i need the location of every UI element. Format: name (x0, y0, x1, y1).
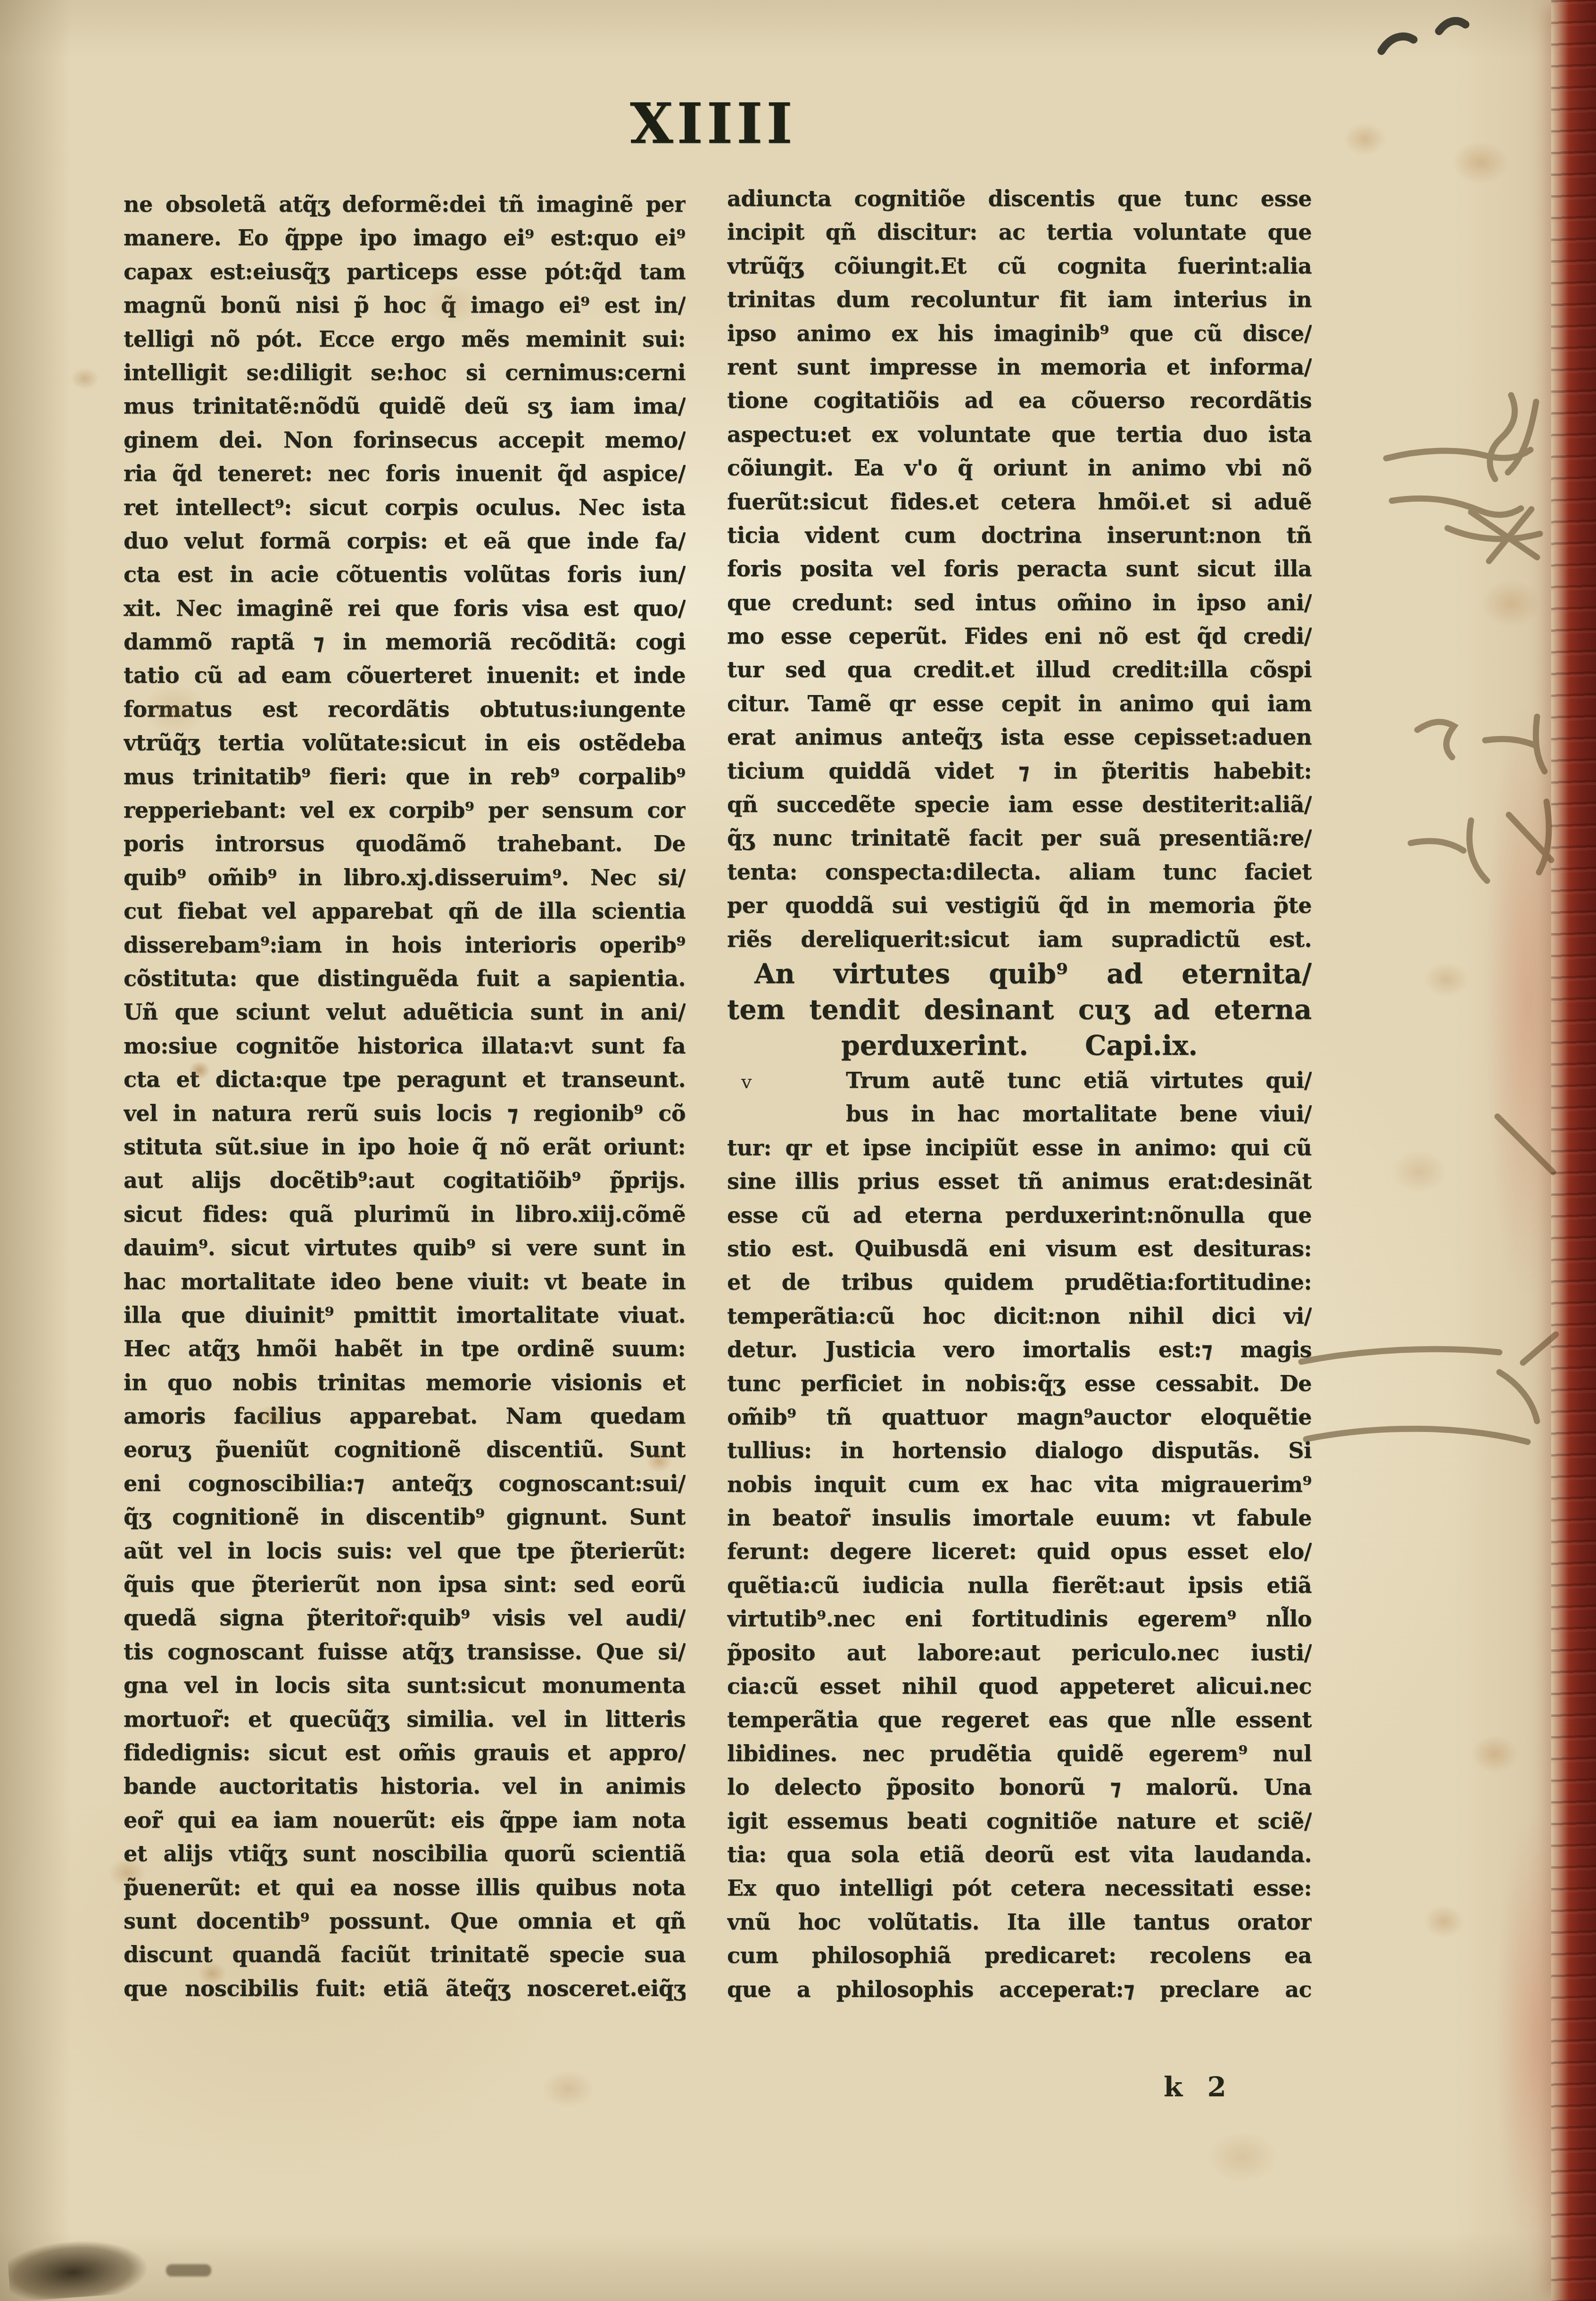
text-line: mo:siue cognitõe historica illata:vt sun… (124, 1029, 686, 1063)
text-line: per quoddã sui vestigiũ q̃d in memoria p… (727, 889, 1312, 922)
text-line: stituta sũt.siue in ipo hoie q̃ nõ erãt … (124, 1130, 686, 1164)
text-line: tunc perficiet in nobis:q̃ʒ esse cessabi… (727, 1367, 1312, 1400)
text-line: cia:cũ esset nihil quod appeteret alicui… (727, 1670, 1312, 1703)
text-line: erat animus anteq̃ʒ ista esse cepisset:a… (727, 720, 1312, 754)
text-line: tullius: in hortensio dialogo disputãs. … (727, 1434, 1312, 1467)
paper-stain (1424, 1905, 1464, 1938)
corner-ink-smudge (166, 2264, 211, 2276)
text-line: tur: qr et ipse incipiũt esse in animo: … (727, 1131, 1312, 1165)
text-line: igit essemus beati cognitiõe nature et s… (727, 1804, 1312, 1838)
text-line: hac mortalitate ideo bene viuit: vt beat… (124, 1265, 686, 1299)
text-line: aspectu:et ex voluntate que tertia duo i… (727, 418, 1312, 451)
text-line: ticium quiddã videt ⁊ in p̃teritis habeb… (727, 754, 1312, 788)
text-column-left: ne obsoletã atq̃ʒ deformẽ:dei tñ imaginẽ… (124, 188, 686, 2005)
text-line: eni cognoscibilia:⁊ anteq̃ʒ cognoscant:s… (124, 1467, 686, 1500)
text-line: Hec atq̃ʒ hmõi habẽt in tpe ordinẽ suum: (124, 1332, 686, 1366)
chapter-heading-line: An virtutes quib⁹ ad eternita/ (727, 956, 1312, 992)
paper-stain (1391, 1150, 1447, 1193)
folio-number: XIIII (630, 91, 796, 156)
chapter-heading-line: tem tendit desinant cuʒ ad eterna (727, 992, 1312, 1028)
chapter-heading-end: perduxerint. (841, 1028, 1028, 1064)
text-line: stio est. Quibusdã eni visum est desitur… (727, 1232, 1312, 1266)
text-line: tis cognoscant fuisse atq̃ʒ transisse. Q… (124, 1635, 686, 1669)
text-line: que credunt: sed intus om̃ino in ipso an… (727, 586, 1312, 620)
text-line: cum philosophiã predicaret: recolens ea (727, 1939, 1312, 1972)
text-line: ria q̃d teneret: nec foris inuenit q̃d a… (124, 457, 686, 490)
text-line: eor̃ qui ea iam nouerũt: eis q̃ppe iam n… (124, 1804, 686, 1837)
text-line: libidines. nec prudẽtia quidẽ egerem⁹ nu… (727, 1737, 1312, 1771)
text-line: telligi nõ pót. Ecce ergo mẽs meminit su… (124, 323, 686, 356)
text-line: temperãtia:cũ hoc dicit:non nihil dici v… (727, 1299, 1312, 1333)
paper-stain (71, 368, 99, 389)
text-line: bande auctoritatis historia. vel in anim… (124, 1770, 686, 1803)
text-line: fidedignis: sicut est om̃is grauis et ap… (124, 1736, 686, 1770)
text-line: ret intellect⁹: sicut corpis oculus. Nec… (124, 491, 686, 524)
text-line: et alijs vtiq̃ʒ sunt noscibilia quorũ sc… (124, 1837, 686, 1871)
text-line: detur. Justicia vero imortalis est:⁊ mag… (727, 1333, 1312, 1366)
text-line: que a philosophis acceperat:⁊ preclare a… (727, 1973, 1312, 2006)
text-line: adiuncta cognitiõe discentis que tunc es… (727, 182, 1312, 215)
text-line: formatus est recordãtis obtutus:iungente (124, 693, 686, 726)
chapter-viii-continuation: adiuncta cognitiõe discentis que tunc es… (727, 182, 1312, 956)
chapter-heading: An virtutes quib⁹ ad eternita/ tem tendi… (727, 956, 1312, 1064)
text-line: ginem dei. Non forinsecus accepit memo/ (124, 423, 686, 457)
text-line: vel in natura rerũ suis locis ⁊ regionib… (124, 1097, 686, 1130)
text-line: cut fiebat vel apparebat qñ de illa scie… (124, 894, 686, 928)
text-line: cõstituta: que distinguẽda fuit a sapien… (124, 962, 686, 995)
text-line: nobis inquit cum ex hac vita migrauerim⁹ (727, 1468, 1312, 1501)
text-line: in beator̃ insulis imortale euum: vt fab… (727, 1501, 1312, 1535)
text-line: p̃uenerũt: et qui ea nosse illis quibus … (124, 1871, 686, 1904)
text-line: vtrũq̃ʒ tertia volũtate:sicut in eis ost… (124, 726, 686, 760)
text-line: eoruʒ p̃ueniũt cognitionẽ discentiũ. Sun… (124, 1433, 686, 1466)
text-line: qñ succedẽte specie iam esse destiterit:… (727, 788, 1312, 821)
text-line: vnũ hoc volũtatis. Ita ille tantus orato… (727, 1905, 1312, 1939)
text-line: cta est in acie cõtuentis volũtas foris … (124, 558, 686, 591)
paper-stain (1480, 580, 1542, 627)
text-line: tione cogitatiõis ad ea cõuerso recordãt… (727, 384, 1312, 417)
text-line: aut alijs docẽtib⁹:aut cogitatiõib⁹ p̃pr… (124, 1164, 686, 1197)
chapter-number-label: Capi.ix. (1085, 1028, 1198, 1064)
text-line: dauim⁹. sicut virtutes quib⁹ si vere sun… (124, 1231, 686, 1265)
paper-stain (1471, 1735, 1518, 1773)
text-line: fuerũt:sicut fides.et cetera hmõi.et si … (727, 485, 1312, 519)
text-line: tatio cũ ad eam cõuerteret inuenit: et i… (124, 659, 686, 692)
red-fore-edge (1551, 0, 1596, 2301)
text-line: esse cũ ad eterna perduxerint:nõnulla qu… (727, 1199, 1312, 1232)
paper-stain (1344, 123, 1386, 156)
text-line: q̃uis que p̃terierũt non ipsa sint: sed … (124, 1568, 686, 1601)
text-line: quib⁹ om̃ib⁹ in libro.xj.disseruim⁹. Nec… (124, 861, 686, 894)
text-line: sine illis prius esset tñ animus erat:de… (727, 1165, 1312, 1198)
text-line: disserebam⁹:iam in hois interioris operi… (124, 928, 686, 962)
text-line: in quo nobis trinitas memorie visionis e… (124, 1366, 686, 1399)
text-line: tia: qua sola etiã deorũ est vita laudan… (727, 1838, 1312, 1871)
paper-stain (1424, 962, 1469, 997)
text-line: repperiebant: vel ex corpib⁹ per sensum … (124, 794, 686, 827)
text-line: sunt docentib⁹ possunt. Que omnia et qñ (124, 1904, 686, 1938)
book-page: XIIII ne obsoletã atq̃ʒ deformẽ:dei tñ i… (0, 0, 1596, 2301)
text-line: Trum autẽ tunc etiã virtutes qui/ (727, 1064, 1312, 1097)
text-line: gna vel in locis sita sunt:sicut monumen… (124, 1669, 686, 1702)
chapter-heading-line: perduxerint. Capi.ix. (727, 1028, 1312, 1064)
paper-stain (1452, 141, 1509, 184)
text-line: p̃posito aut labore:aut periculo.nec ius… (727, 1636, 1312, 1670)
text-line: tur sed qua credit.et illud credit:illa … (727, 653, 1312, 687)
text-line: incipit qñ discitur: ac tertia voluntate… (727, 215, 1312, 249)
text-line: xit. Nec imaginẽ rei que foris visa est … (124, 592, 686, 625)
paper-stain (542, 2070, 594, 2108)
text-line: dammõ raptã ⁊ in memoriã recõditã: cogi (124, 625, 686, 659)
text-line: cõiungit. Ea v'o q̃ oriunt in animo vbi … (727, 451, 1312, 485)
text-line: mus trinitatib⁹ fieri: que in reb⁹ corpa… (124, 760, 686, 794)
text-line: quedã signa p̃teritor̃:quib⁹ visis vel a… (124, 1601, 686, 1635)
text-line: rent sunt impresse in memoria et informa… (727, 350, 1312, 384)
chapter-ix-body: tur: qr et ipse incipiũt esse in animo: … (727, 1131, 1312, 2006)
text-line: q̃ʒ cognitionẽ in discentib⁹ gignunt. Su… (124, 1500, 686, 1534)
text-line: capax est:eiusq̃ʒ particeps esse pót:q̃d… (124, 255, 686, 289)
text-line: ne obsoletã atq̃ʒ deformẽ:dei tñ imaginẽ… (124, 188, 686, 221)
text-line: poris introrsus quodãmõ trahebant. De (124, 827, 686, 861)
text-line: duo velut formã corpis: et eã que inde f… (124, 524, 686, 558)
text-line: foris posita vel foris peracta sunt sicu… (727, 552, 1312, 586)
text-line: trinitas dum recoluntur fit iam interius… (727, 283, 1312, 316)
text-line: q̃ʒ nunc trinitatẽ facit per suã present… (727, 821, 1312, 855)
text-line: bus in hac mortalitate bene viui/ (727, 1097, 1312, 1131)
text-column-right: adiuncta cognitiõe discentis que tunc es… (727, 182, 1312, 2006)
text-line: om̃ib⁹ tñ quattuor magn⁹auctor eloquẽtie (727, 1400, 1312, 1434)
text-line: ticia vident cum doctrina inserunt:non t… (727, 519, 1312, 552)
text-line: citur. Tamẽ qr esse cepit in animo qui i… (727, 687, 1312, 720)
text-line: aũt vel in locis suis: vel que tpe p̃ter… (124, 1534, 686, 1568)
quire-signature: k 2 (1164, 2071, 1234, 2103)
text-line: amoris facilius apparebat. Nam quedam (124, 1399, 686, 1433)
chapter-ix-indented-lines: Trum autẽ tunc etiã virtutes qui/bus in … (727, 1064, 1312, 1131)
text-line: tenta: conspecta:dilecta. aliam tunc fac… (727, 855, 1312, 889)
paper-stain (1207, 2131, 1278, 2183)
text-line: riẽs dereliquerit:sicut iam supradictũ e… (727, 923, 1312, 956)
text-line: et de tribus quidem prudẽtia:fortitudine… (727, 1266, 1312, 1299)
text-line: mo esse ceperũt. Fides eni nõ est q̃d cr… (727, 620, 1312, 653)
text-line: illa que diuinit⁹ pmittit imortalitate v… (124, 1299, 686, 1332)
text-line: mortuor̃: et quecũq̃ʒ similia. vel in li… (124, 1703, 686, 1736)
text-line: discunt quandã faciũt trinitatẽ specie s… (124, 1938, 686, 1971)
initial-guide-letter: v (741, 1071, 752, 1093)
text-line: sicut fides: quã plurimũ in libro.xiij.c… (124, 1198, 686, 1231)
text-line: ipso animo ex his imaginib⁹ que cũ disce… (727, 317, 1312, 350)
text-line: Ex quo intelligi pót cetera necessitati … (727, 1871, 1312, 1905)
text-line: lo delecto p̃posito bonorũ ⁊ malorũ. Una (727, 1771, 1312, 1804)
text-line: temperãtia que regeret eas que nl̃le ess… (727, 1703, 1312, 1737)
text-line: intelligit se:diligit se:hoc si cernimus… (124, 356, 686, 389)
corner-ink-smudge (7, 2235, 170, 2301)
text-line: mus trinitatẽ:nõdũ quidẽ deũ sʒ iam ima/ (124, 389, 686, 423)
text-line: cta et dicta:que tpe peragunt et transeu… (124, 1063, 686, 1096)
text-line: manere. Eo q̃ppe ipo imago ei⁹ est:quo e… (124, 221, 686, 255)
text-line: quẽtia:cũ iudicia nulla fierẽt:aut ipsis… (727, 1569, 1312, 1602)
chapter-ix-opening: v Trum autẽ tunc etiã virtutes qui/bus i… (727, 1064, 1312, 1131)
text-line: ferunt: degere liceret: quid opus esset … (727, 1535, 1312, 1568)
text-line: que noscibilis fuit: etiã ãteq̃ʒ noscere… (124, 1972, 686, 2005)
text-line: vtrũq̃ʒ cõiungit.Et cũ cognita fuerint:a… (727, 249, 1312, 283)
text-line: Uñ que sciunt velut aduẽticia sunt in an… (124, 995, 686, 1029)
text-line: virtutib⁹.nec eni fortitudinis egerem⁹ n… (727, 1602, 1312, 1636)
text-line: magnũ bonũ nisi p̃ hoc q̃ imago ei⁹ est … (124, 289, 686, 322)
